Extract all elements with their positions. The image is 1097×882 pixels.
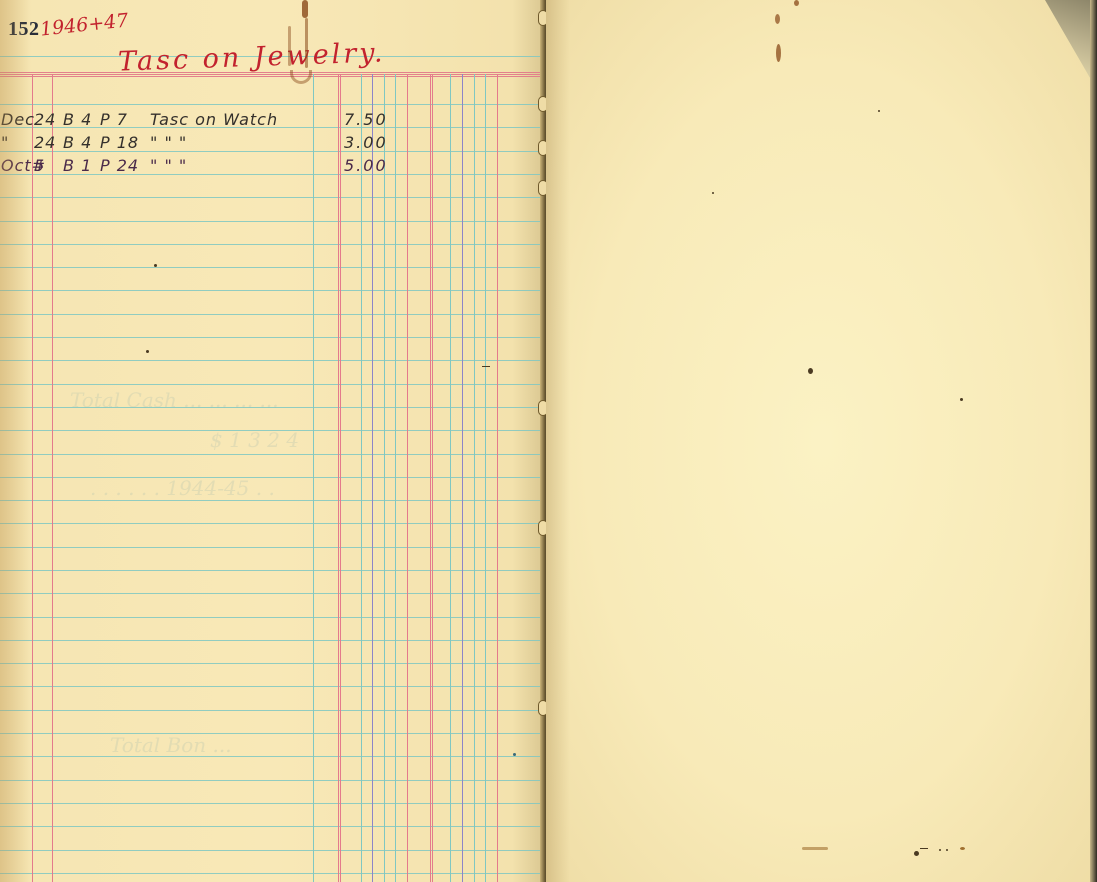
- rule-line: [0, 244, 540, 245]
- rule-line: [0, 267, 540, 268]
- entry-page-ref: P 7: [100, 110, 128, 129]
- rule-line: [0, 570, 540, 571]
- rule-line: [0, 290, 540, 291]
- page-number: 152: [8, 18, 40, 41]
- rule-line: [0, 76, 540, 77]
- column-rule: [52, 74, 53, 882]
- column-rule: [361, 74, 362, 882]
- rust-stain: [305, 18, 308, 68]
- show-through-text: Total Bon ...: [110, 733, 232, 757]
- column-rule: [395, 74, 396, 882]
- speck: [960, 398, 963, 401]
- right-page: [546, 0, 1097, 882]
- rule-line: [0, 454, 540, 455]
- column-rule: [313, 74, 314, 882]
- rule-line: [0, 663, 540, 664]
- speck: [154, 264, 157, 267]
- entry-amount: 3.00: [344, 133, 388, 152]
- entry-description: " " ": [150, 133, 187, 152]
- rule-line: [0, 780, 540, 781]
- speck: [712, 192, 714, 194]
- rust-stain: [302, 0, 308, 18]
- rule-line: [0, 803, 540, 804]
- speck: [960, 847, 965, 850]
- column-rule: [407, 74, 408, 882]
- speck: [939, 849, 941, 851]
- rule-line: [0, 617, 540, 618]
- rule-line: [0, 337, 540, 338]
- ledger-spread: Total Cash ... ... ... ... $ 1 3 2 4 . .…: [0, 0, 1097, 882]
- column-rule: [384, 74, 385, 882]
- ledger-row: Oct# 5 B 1 P 24 " " " 5.00: [0, 156, 540, 178]
- right-page-edge: [1090, 0, 1097, 882]
- rust-stain: [288, 26, 291, 66]
- rule-line: [0, 593, 540, 594]
- column-rule: [430, 74, 431, 882]
- rule-line: [0, 826, 540, 827]
- show-through-text: Total Cash ... ... ... ...: [70, 388, 279, 412]
- column-rule: [372, 74, 373, 882]
- speck: [878, 110, 880, 112]
- entry-amount: 7.50: [344, 110, 388, 129]
- speck: [808, 368, 813, 374]
- rule-line: [0, 873, 540, 874]
- entry-page-ref: P 24: [100, 156, 139, 175]
- entry-day: 5: [34, 156, 45, 175]
- column-rule: [462, 74, 463, 882]
- rule-line: [0, 221, 540, 222]
- rule-line: [0, 756, 540, 757]
- ledger-row: " 24 B 4 P 18 " " " 3.00: [0, 133, 540, 155]
- rule-line: [0, 197, 540, 198]
- stain-mark: [802, 847, 828, 850]
- speck: [482, 366, 490, 367]
- entry-book: B 1: [63, 156, 92, 175]
- column-rule: [338, 74, 339, 882]
- rule-line: [0, 640, 540, 641]
- entry-amount: 5.00: [344, 156, 388, 175]
- rule-line: [0, 384, 540, 385]
- rule-line: [0, 104, 540, 105]
- rust-stain: [794, 0, 799, 6]
- rule-line: [0, 523, 540, 524]
- rust-stain: [775, 14, 780, 24]
- rule-line: [0, 500, 540, 501]
- column-rule: [474, 74, 475, 882]
- speck: [513, 753, 516, 756]
- column-rule: [340, 74, 341, 882]
- rust-stain: [290, 70, 312, 84]
- year-annotation: 1946+47: [39, 9, 129, 40]
- entry-month: ": [1, 133, 9, 152]
- rule-line: [0, 850, 540, 851]
- speck: [914, 851, 919, 856]
- left-page: Total Cash ... ... ... ... $ 1 3 2 4 . .…: [0, 0, 545, 882]
- rule-line: [0, 360, 540, 361]
- rule-line: [0, 686, 540, 687]
- speck: [946, 849, 948, 851]
- column-rule: [497, 74, 498, 882]
- speck: [146, 350, 149, 353]
- show-through-text: $ 1 3 2 4: [210, 428, 299, 452]
- rule-line: [0, 710, 540, 711]
- column-rule: [432, 74, 433, 882]
- rule-line: [0, 547, 540, 548]
- entry-description: Tasc on Watch: [150, 110, 278, 129]
- entry-book: B 4: [63, 110, 92, 129]
- rule-line: [0, 314, 540, 315]
- speck: [920, 848, 928, 849]
- entry-month: Dec: [1, 110, 35, 129]
- entry-day: 24: [34, 133, 56, 152]
- show-through-text: . . . . . . 1944-45 . .: [90, 476, 275, 500]
- column-rule: [485, 74, 486, 882]
- entry-page-ref: P 18: [100, 133, 139, 152]
- rust-stain: [776, 44, 781, 62]
- entry-book: B 4: [63, 133, 92, 152]
- column-rule: [450, 74, 451, 882]
- ledger-row: Dec 24 B 4 P 7 Tasc on Watch 7.50: [0, 110, 540, 132]
- column-rule: [32, 74, 33, 882]
- entry-day: 24: [34, 110, 56, 129]
- rule-line: [0, 74, 540, 75]
- entry-description: " " ": [150, 156, 187, 175]
- rule-line: [0, 733, 540, 734]
